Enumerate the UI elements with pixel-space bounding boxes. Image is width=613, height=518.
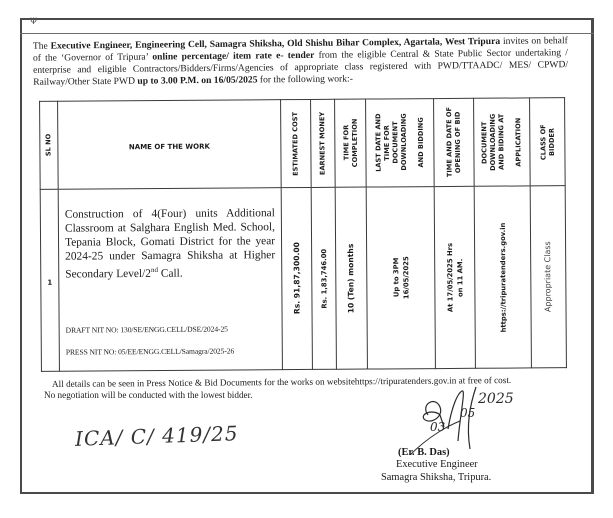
signatory-name: (Er. B. Das) bbox=[398, 447, 450, 458]
header-last-date-label: LAST DATE AND TIME FOR DOCUMENT DOWNLOAD… bbox=[374, 113, 425, 172]
header-class-label: CLASS OF BIDDER bbox=[539, 124, 556, 160]
time-for-completion-value: 10 (Ten) months bbox=[346, 243, 356, 313]
class-of-bidder-value: Appropriate Class bbox=[543, 241, 553, 312]
tender-table: SL NO NAME OF THE WORK ESTIMATED COST EA… bbox=[39, 97, 567, 372]
cell-class-of-bidder: Appropriate Class bbox=[530, 186, 566, 368]
footer-negotiation-note: No negotiation will be conducted with th… bbox=[44, 390, 252, 400]
cell-earnest-money: Rs. 1,83,746.00 bbox=[311, 187, 336, 369]
intro-part: for the following work:- bbox=[257, 73, 353, 85]
press-nit-number: PRESS NIT NO: 05/EE/ENGG.CELL/Samagra/20… bbox=[66, 346, 234, 356]
cell-opening: At 17/05/2025 Hrs on 11 AM. bbox=[434, 186, 475, 368]
cell-sl-no: 1 bbox=[40, 189, 59, 371]
header-earnest-money-label: EARNEST MONEY bbox=[318, 112, 327, 175]
header-earnest-money: EARNEST MONEY bbox=[311, 99, 336, 187]
header-class-of-bidder: CLASS OF BIDDER bbox=[530, 98, 566, 186]
last-date-value: Up to 3PM 16/05/2025 bbox=[391, 256, 411, 299]
cell-last-date: Up to 3PM 16/05/2025 bbox=[366, 187, 435, 369]
emblem-icon: Ψ bbox=[30, 17, 37, 27]
header-name: NAME OF THE WORK bbox=[58, 100, 282, 190]
header-downloading: DOCUMENT DOWNLOADING AND BIDING AT APPLI… bbox=[474, 98, 531, 186]
signatory-designation: Executive Engineer bbox=[396, 459, 478, 470]
work-description: Construction of 4(Four) units Additional… bbox=[65, 206, 276, 281]
cell-downloading: https://tripuratenders.gov.in bbox=[474, 186, 531, 368]
estimated-cost-value: Rs. 91,87,300.00 bbox=[292, 242, 303, 314]
table-header-row: SL NO NAME OF THE WORK ESTIMATED COST EA… bbox=[40, 98, 566, 190]
opening-value: At 17/05/2025 Hrs on 11 AM. bbox=[445, 243, 465, 312]
tender-portal-link[interactable]: https://tripuratenders.gov.in bbox=[497, 222, 508, 332]
header-estimated-cost-label: ESTIMATED COST bbox=[291, 112, 300, 176]
header-sl-no: SL NO bbox=[40, 101, 59, 189]
header-downloading-label: DOCUMENT DOWNLOADING AND BIDING AT APPLI… bbox=[480, 113, 523, 171]
header-last-date: LAST DATE AND TIME FOR DOCUMENT DOWNLOAD… bbox=[366, 99, 435, 187]
header-opening: TIME AND DATE OF OPENING OF BID bbox=[434, 98, 475, 186]
signature-date: 03 bbox=[430, 420, 446, 434]
table-row: 1 Construction of 4(Four) units Addition… bbox=[40, 186, 566, 372]
intro-part: The bbox=[33, 41, 51, 52]
header-estimated-cost: ESTIMATED COST bbox=[281, 99, 312, 187]
header-time-label: TIME FOR COMPLETION bbox=[342, 119, 359, 168]
work-description-sup: nd bbox=[151, 266, 158, 274]
header-time-for-completion: TIME FOR COMPLETION bbox=[335, 99, 367, 187]
cell-estimated-cost: Rs. 91,87,300.00 bbox=[281, 187, 312, 369]
svg-text:05: 05 bbox=[460, 406, 475, 420]
signatory-organization: Samagra Shiksha, Tripura. bbox=[381, 472, 491, 483]
header-name-label: NAME OF THE WORK bbox=[129, 142, 210, 151]
tender-intro-paragraph: The Executive Engineer, Engineering Cell… bbox=[33, 35, 568, 89]
header-sl-no-label: SL NO bbox=[45, 134, 54, 156]
sl-no-value: 1 bbox=[47, 278, 52, 286]
cell-name-of-work: Construction of 4(Four) units Additional… bbox=[58, 188, 282, 372]
top-divider bbox=[20, 33, 594, 34]
cell-time-for-completion: 10 (Ten) months bbox=[335, 187, 367, 369]
intro-part: online percentage/ item rate e- tender bbox=[152, 50, 314, 63]
svg-text:2025: 2025 bbox=[477, 391, 514, 407]
signature-icon: 03 05 2025 bbox=[400, 385, 530, 455]
earnest-money-value: Rs. 1,83,746.00 bbox=[319, 248, 329, 308]
draft-nit-number: DRAFT NIT NO: 130/SE/ENGG.CELL/DSE/2024-… bbox=[66, 325, 228, 335]
work-description-tail: Call. bbox=[158, 268, 183, 280]
intro-part: up to 3.00 P.M. on 16/05/2025 bbox=[137, 74, 257, 86]
header-opening-label: TIME AND DATE OF OPENING OF BID bbox=[445, 107, 462, 177]
